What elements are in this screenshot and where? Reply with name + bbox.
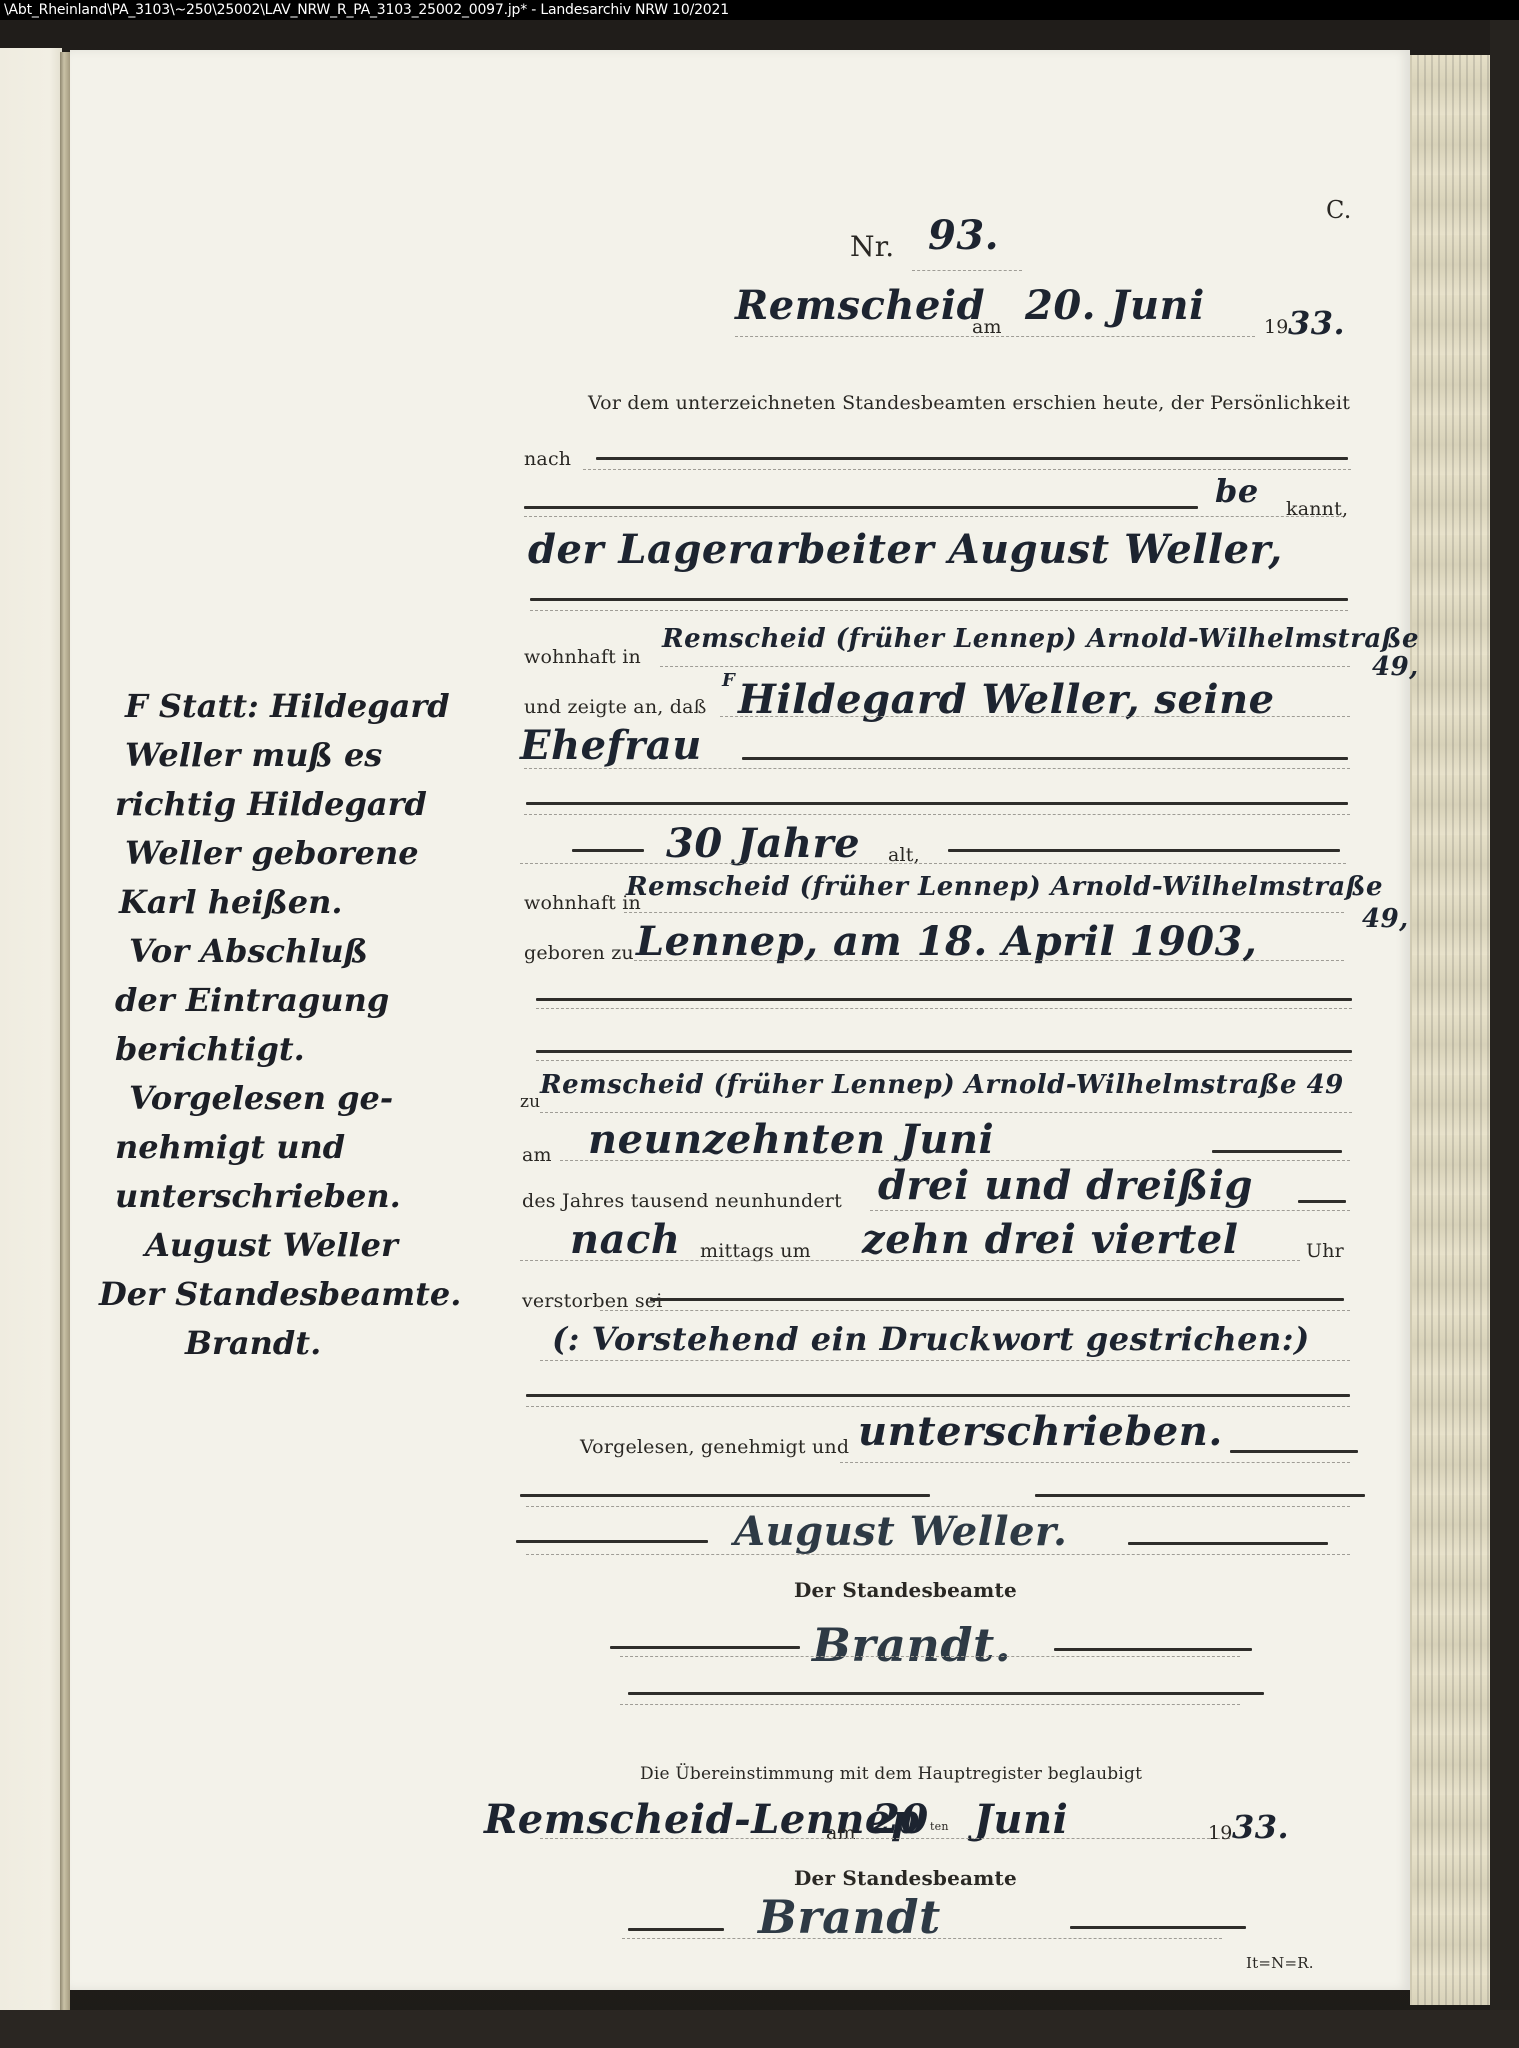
dotted-line <box>540 1112 1352 1113</box>
corner-mark: C. <box>1326 196 1352 224</box>
margin-note-line: unterschrieben. <box>115 1172 505 1221</box>
dotted-line <box>600 1310 1350 1311</box>
jahres-label: des Jahres tausend neunhundert <box>522 1190 842 1212</box>
dotted-line <box>536 1060 1352 1061</box>
vorgelesen-hand: unterschrieben. <box>858 1408 1223 1455</box>
margin-note-line: Vorgelesen ge- <box>115 1074 505 1123</box>
death-year-words: drei und dreißig <box>878 1162 1253 1209</box>
dotted-line <box>720 716 1350 717</box>
residence-1-number: 49, <box>1372 652 1419 682</box>
correction-note: (: Vorstehend ein Druckwort gestrichen:) <box>552 1320 1310 1358</box>
window-title: \Abt_Rheinland\PA_3103\~250\25002\LAV_NR… <box>4 2 729 18</box>
residence-1: Remscheid (früher Lennep) Arnold-Wilhelm… <box>662 624 1419 654</box>
am-label: am <box>522 1144 552 1166</box>
margin-note-line: nehmigt und <box>115 1123 505 1172</box>
margin-note-line: Vor Abschluß <box>115 927 505 976</box>
rule <box>1128 1542 1328 1545</box>
residence-2-number: 49, <box>1362 904 1409 934</box>
rule <box>536 1050 1352 1053</box>
geboren-label: geboren zu <box>524 942 634 964</box>
dotted-line <box>620 1656 1240 1657</box>
rule <box>948 849 1340 852</box>
bekannt-hand: be <box>1215 472 1259 510</box>
dotted-line <box>524 516 1344 517</box>
dotted-line <box>536 1008 1352 1009</box>
dotted-line <box>912 270 1022 271</box>
nach-hand: nach <box>570 1216 680 1263</box>
bekannt-label: kannt, <box>1286 498 1348 520</box>
window-title-bar: \Abt_Rheinland\PA_3103\~250\25002\LAV_NR… <box>0 0 1519 20</box>
wohnhaft-label-1: wohnhaft in <box>524 646 641 668</box>
rule <box>1070 1926 1246 1929</box>
rule <box>1212 1150 1342 1153</box>
uhr-label: Uhr <box>1306 1240 1344 1262</box>
cert-year-suffix: 33. <box>1232 1808 1289 1846</box>
certification-text: Die Übereinstimmung mit dem Hauptregiste… <box>640 1764 1142 1784</box>
dotted-line <box>520 1260 1300 1261</box>
rule <box>1035 1494 1365 1497</box>
residence-2: Remscheid (früher Lennep) Arnold-Wilhelm… <box>626 872 1383 902</box>
number-label: Nr. <box>850 230 894 263</box>
record-date: 20. Juni <box>1025 282 1205 329</box>
dotted-line <box>870 1210 1350 1211</box>
dotted-line <box>526 1406 1350 1407</box>
rule <box>628 1692 1264 1695</box>
date-am-label: am <box>972 316 1002 338</box>
dotted-line <box>624 912 1344 913</box>
margin-note-line: August Weller <box>115 1221 505 1270</box>
margin-note-line: Brandt. <box>115 1319 505 1368</box>
margin-note-line: der Eintragung <box>115 976 505 1025</box>
rule <box>530 598 1348 601</box>
dotted-line <box>735 336 1255 337</box>
rule <box>572 849 644 852</box>
dotted-line <box>620 1704 1240 1705</box>
book-cover-bottom <box>0 2010 1519 2048</box>
page-edges <box>1410 55 1490 2005</box>
rule <box>526 1394 1350 1397</box>
declarant-name: der Lagerarbeiter August Weller, <box>528 526 1283 573</box>
death-place: Remscheid (früher Lennep) Arnold-Wilhelm… <box>540 1070 1344 1100</box>
declarant-signature: August Weller. <box>734 1508 1067 1555</box>
birth-info: Lennep, am 18. April 1903, <box>636 918 1257 965</box>
dotted-line <box>524 768 1350 769</box>
rule <box>1298 1200 1346 1203</box>
cert-year-prefix: 19 <box>1208 1822 1233 1844</box>
rule <box>1230 1450 1358 1453</box>
year-suffix: 33. <box>1288 304 1345 342</box>
record-place: Remscheid <box>735 282 985 329</box>
image-viewer[interactable]: C. Nr. 93. Remscheid am 20. Juni 19 33. … <box>0 20 1519 2048</box>
dotted-line <box>526 1554 1350 1555</box>
margin-note-line: Der Standesbeamte. <box>99 1270 505 1319</box>
dotted-line <box>634 960 1344 961</box>
nach-label: nach <box>524 448 571 470</box>
book-cover-right <box>1490 20 1519 2048</box>
zeigte-label: und zeigte an, daß <box>524 696 707 718</box>
rule <box>650 1298 1344 1301</box>
dotted-line <box>526 1506 1350 1507</box>
relation: Ehefrau <box>520 722 702 769</box>
verstorben-label: verstorben sei <box>522 1290 663 1312</box>
margin-note-line: Weller muß es <box>115 731 505 780</box>
rule <box>596 457 1348 460</box>
record-number: 93. <box>928 212 999 259</box>
dotted-line <box>840 1462 1350 1463</box>
dotted-line <box>530 610 1348 611</box>
margin-note-line: F Statt: Hildegard <box>115 682 505 731</box>
registrar-label: Der Standesbeamte <box>794 1578 1017 1602</box>
age: 30 Jahre <box>666 820 860 867</box>
rule <box>526 802 1348 805</box>
margin-note-line: berichtigt. <box>115 1025 505 1074</box>
dotted-line <box>660 666 1350 667</box>
intro-text: Vor dem unterzeichneten Standesbeamten e… <box>588 392 1350 414</box>
dotted-line <box>540 1838 1230 1839</box>
cert-registrar-label: Der Standesbeamte <box>794 1866 1017 1890</box>
rule <box>610 1646 800 1649</box>
margin-note: F Statt: Hildegard Weller muß es richtig… <box>115 682 505 1368</box>
dotted-line <box>622 1938 1222 1939</box>
dotted-line <box>560 1160 1350 1161</box>
rule <box>628 1928 724 1931</box>
form-code: It=N=R. <box>1246 1954 1314 1972</box>
margin-note-line: Weller geborene <box>115 829 505 878</box>
deceased-mark: F <box>722 670 735 691</box>
dotted-line <box>524 814 1350 815</box>
year-prefix: 19 <box>1264 316 1289 338</box>
rule <box>524 506 1198 509</box>
margin-note-line: Karl heißen. <box>115 878 505 927</box>
wohnhaft-label-2: wohnhaft in <box>524 892 641 914</box>
zu-label: zu <box>520 1092 540 1112</box>
dotted-line <box>540 1360 1350 1361</box>
cert-am: am <box>826 1822 856 1844</box>
left-facing-page <box>0 48 62 2018</box>
margin-note-line: richtig Hildegard <box>115 780 505 829</box>
dotted-line <box>583 469 1351 470</box>
death-day: neunzehnten Juni <box>588 1116 994 1163</box>
rule <box>516 1540 708 1543</box>
cert-day-suffix: ten <box>930 1820 949 1833</box>
rule <box>520 1494 930 1497</box>
rule <box>742 757 1348 760</box>
mittags-label: mittags um <box>700 1240 811 1262</box>
rule <box>536 998 1352 1001</box>
cert-month: Juni <box>974 1796 1068 1843</box>
dotted-line <box>520 863 1346 864</box>
book-gutter <box>60 52 70 2018</box>
time-words: zehn drei viertel <box>862 1216 1238 1263</box>
registrar-signature: Brandt. <box>812 1618 1011 1672</box>
vorgelesen-label: Vorgelesen, genehmigt und <box>580 1436 849 1458</box>
cert-signature: Brandt <box>758 1890 941 1944</box>
rule <box>1054 1648 1252 1651</box>
cert-day: 20 <box>872 1796 929 1843</box>
